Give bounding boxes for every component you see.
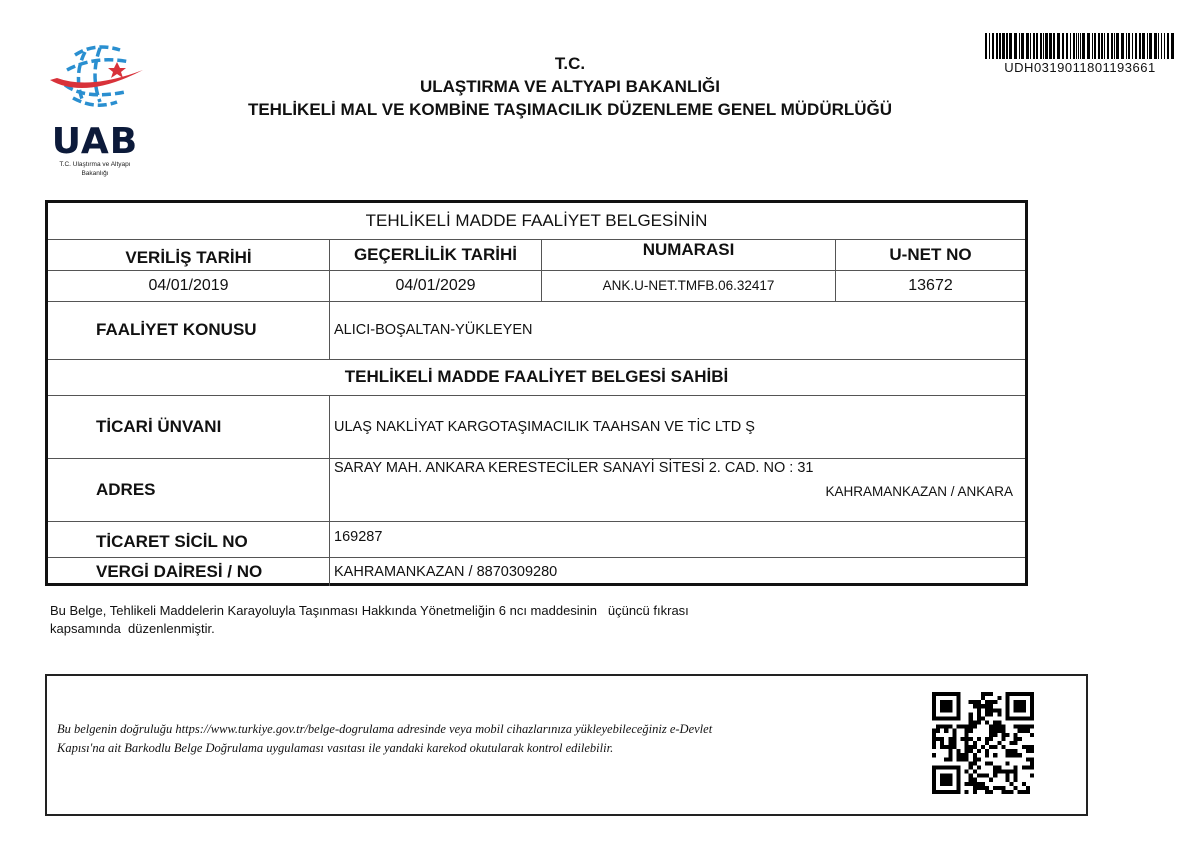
registry-row: TİCARET SİCİL NO 169287 — [48, 521, 1025, 558]
certificate-number-value: ANK.U-NET.TMFB.06.32417 — [542, 270, 836, 301]
globe-star-logo-icon — [45, 40, 145, 120]
legal-note-line-1: Bu Belge, Tehlikeli Maddelerin Karayoluy… — [50, 602, 850, 620]
address-line-1: SARAY MAH. ANKARA KERESTECİLER SANAYİ Sİ… — [334, 460, 1025, 476]
header-line-tc: T.C. — [200, 52, 940, 75]
registry-value: 169287 — [330, 521, 1025, 557]
certificate-values-row: 04/01/2019 04/01/2029 ANK.U-NET.TMFB.06.… — [48, 270, 1025, 302]
address-line-2: KAHRAMANKAZAN / ANKARA — [334, 484, 1025, 499]
tax-label: VERGİ DAİRESİ / NO — [48, 557, 330, 586]
verification-line-1: Bu belgenin doğruluğu https://www.turkiy… — [57, 720, 897, 739]
column-unet-no: U-NET NO — [836, 239, 1025, 270]
validity-date-value: 04/01/2029 — [330, 270, 542, 301]
column-issue-date: VERİLİŞ TARİHİ — [48, 239, 330, 270]
tax-row: VERGİ DAİRESİ / NO KAHRAMANKAZAN / 88703… — [48, 557, 1025, 586]
logo-subtitle-2: Bakanlığı — [40, 169, 150, 178]
certificate-title: TEHLİKELİ MADDE FAALİYET BELGESİNİN — [48, 203, 1025, 239]
certificate-title-row: TEHLİKELİ MADDE FAALİYET BELGESİNİN — [48, 203, 1025, 240]
document-barcode: UDH0319011801193661 — [980, 33, 1180, 75]
trade-name-value: ULAŞ NAKLİYAT KARGOTAŞIMACILIK TAAHSAN V… — [330, 395, 1025, 458]
registry-label: TİCARET SİCİL NO — [48, 521, 330, 557]
unet-no-value: 13672 — [836, 270, 1025, 301]
issue-date-value: 04/01/2019 — [48, 270, 330, 301]
verification-line-2: Kapısı'na ait Barkodlu Belge Doğrulama u… — [57, 739, 897, 758]
column-number: NUMARASI — [542, 239, 836, 270]
header-line-directorate: TEHLİKELİ MAL VE KOMBİNE TAŞIMACILIK DÜZ… — [200, 98, 940, 121]
uab-logo: UAB T.C. Ulaştırma ve Altyapı Bakanlığı — [40, 40, 150, 190]
legal-note: Bu Belge, Tehlikeli Maddelerin Karayoluy… — [50, 602, 850, 638]
tax-value: KAHRAMANKAZAN / 8870309280 — [330, 557, 1025, 586]
address-label: ADRES — [48, 458, 330, 521]
certificate-table: TEHLİKELİ MADDE FAALİYET BELGESİNİN VERİ… — [45, 200, 1028, 586]
owner-title: TEHLİKELİ MADDE FAALİYET BELGESİ SAHİBİ — [48, 359, 1025, 395]
activity-value: ALICI-BOŞALTAN-YÜKLEYEN — [330, 301, 1025, 359]
trade-name-row: TİCARİ ÜNVANI ULAŞ NAKLİYAT KARGOTAŞIMAC… — [48, 395, 1025, 459]
ministry-header: T.C. ULAŞTIRMA VE ALTYAPI BAKANLIĞI TEHL… — [200, 52, 940, 121]
verification-box: Bu belgenin doğruluğu https://www.turkiy… — [45, 674, 1088, 816]
barcode-number: UDH0319011801193661 — [980, 60, 1180, 75]
legal-note-line-2: kapsamında düzenlenmiştir. — [50, 620, 850, 638]
column-validity-date: GEÇERLİLİK TARİHİ — [330, 239, 542, 270]
trade-name-label: TİCARİ ÜNVANI — [48, 395, 330, 458]
certificate-header-row: VERİLİŞ TARİHİ GEÇERLİLİK TARİHİ NUMARAS… — [48, 239, 1025, 271]
barcode-icon — [980, 33, 1180, 59]
qr-code-icon[interactable] — [932, 692, 1034, 794]
address-value: SARAY MAH. ANKARA KERESTECİLER SANAYİ Sİ… — [330, 458, 1025, 521]
activity-label: FAALİYET KONUSU — [48, 301, 330, 359]
verification-text: Bu belgenin doğruluğu https://www.turkiy… — [57, 720, 897, 758]
owner-title-row: TEHLİKELİ MADDE FAALİYET BELGESİ SAHİBİ — [48, 359, 1025, 396]
logo-brand: UAB — [40, 124, 150, 160]
activity-row: FAALİYET KONUSU ALICI-BOŞALTAN-YÜKLEYEN — [48, 301, 1025, 360]
header-line-ministry: ULAŞTIRMA VE ALTYAPI BAKANLIĞI — [200, 75, 940, 98]
address-row: ADRES SARAY MAH. ANKARA KERESTECİLER SAN… — [48, 458, 1025, 522]
